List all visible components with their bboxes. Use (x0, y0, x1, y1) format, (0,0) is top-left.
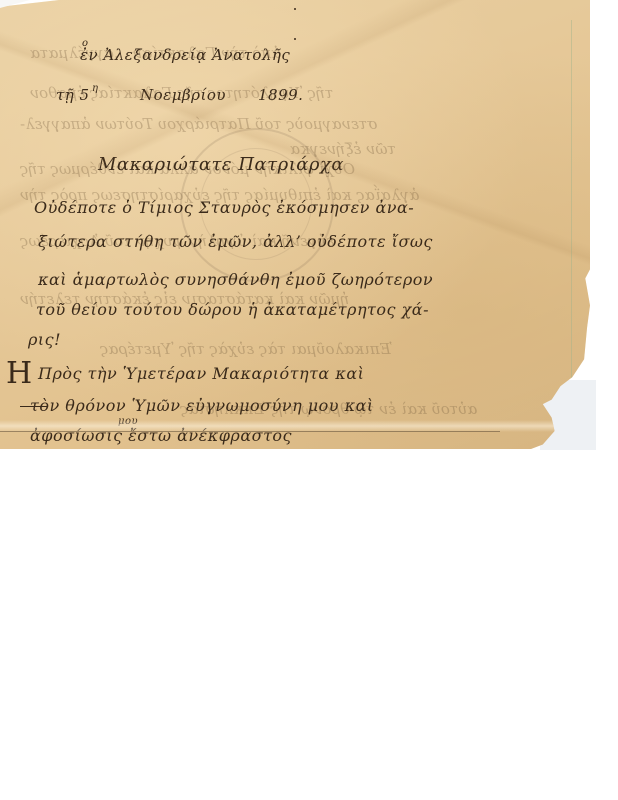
letter-greeting: Μακαριώτατε Πατριάρχα (98, 154, 344, 175)
body-line: ξιώτερα στήθη τῶν ἐμῶν, ἀλλ’ οὐδέποτε ἴσ… (38, 232, 433, 251)
ink-speck (294, 8, 296, 10)
body-line: ρις! (28, 330, 61, 349)
body-line: τοῦ θείου τούτου δώρου ἡ ἀκαταμέτρητος χ… (36, 300, 429, 319)
body-line: Πρὸς τὴν Ὑμετέραν Μακαριότητα καὶ (38, 364, 364, 383)
ink-speck (294, 38, 296, 40)
letter-paper: ἀπὸ τὴν Γαλακτίαν ...αγγέλματα τῆς Ὑψηλό… (0, 0, 590, 449)
paragraph-initial: Η (6, 356, 33, 391)
header-place-line: ἐν Ἀλεξανδρείᾳ Ἀνατολῆς (80, 46, 290, 64)
show-through-line: Ἐπικαλοῦμαι τὰς εὐχὰς τῆς Ὑμετέρας (100, 340, 393, 358)
header-year: 1899. (258, 86, 303, 104)
body-line: Οὐδέποτε ὁ Τίμιος Σταυρὸς ἐκόσμησεν ἀνα- (34, 198, 414, 217)
header-date-prefix: τῇ 5 (56, 86, 90, 104)
header-date-suffix: η (92, 83, 99, 94)
folded-corner (0, 0, 30, 8)
body-line: καὶ ἁμαρτωλὸς συνησθάνθη ἐμοῦ ζωηρότερον (38, 270, 433, 289)
paper-fold-crease (0, 420, 560, 432)
show-through-line: στεναγμοὺς τοῦ Πατριάρχου Τούτων ἀπαγγελ… (20, 115, 378, 133)
margin-rule (571, 20, 572, 440)
scan-canvas: ἀπὸ τὴν Γαλακτίαν ...αγγέλματα τῆς Ὑψηλό… (0, 0, 618, 800)
header-month: Νοεμβρίου (140, 86, 226, 104)
strikethrough-mark (20, 406, 48, 407)
body-line: τὸν θρόνον Ὑμῶν εὐγνωμοσύνη μου καὶ (30, 396, 374, 415)
